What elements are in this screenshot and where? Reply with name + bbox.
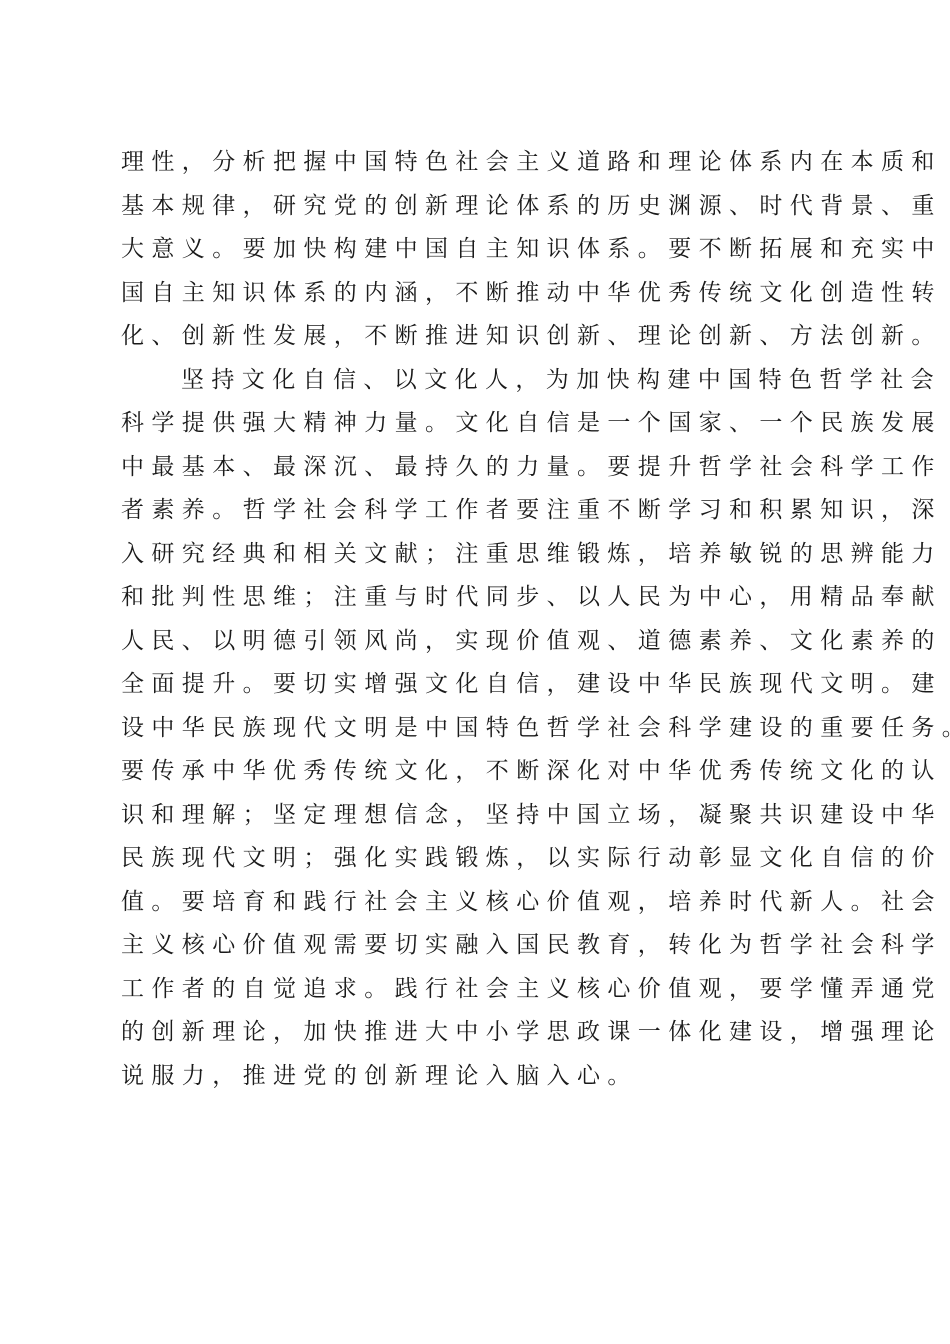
text-line: 大意义。要加快构建中国自主知识体系。要不断拓展和充实中 — [121, 228, 841, 272]
text-line: 中最基本、最深沉、最持久的力量。要提升哲学社会科学工作 — [121, 446, 841, 490]
text-line: 和批判性思维；注重与时代同步、以人民为中心，用精品奉献 — [121, 576, 841, 620]
text-line: 化、创新性发展，不断推进知识创新、理论创新、方法创新。 — [121, 315, 841, 359]
text-line: 人民、以明德引领风尚，实现价值观、道德素养、文化素养的 — [121, 620, 841, 664]
text-line: 民族现代文明；强化实践锻炼，以实际行动彰显文化自信的价 — [121, 837, 841, 881]
text-line: 说服力，推进党的创新理论入脑入心。 — [121, 1055, 841, 1099]
text-line: 者素养。哲学社会科学工作者要注重不断学习和积累知识，深 — [121, 489, 841, 533]
text-line: 工作者的自觉追求。践行社会主义核心价值观，要学懂弄通党 — [121, 968, 841, 1012]
text-line: 入研究经典和相关文献；注重思维锻炼，培养敏锐的思辨能力 — [121, 533, 841, 577]
text-line: 识和理解；坚定理想信念，坚持中国立场，凝聚共识建设中华 — [121, 794, 841, 838]
text-line: 科学提供强大精神力量。文化自信是一个国家、一个民族发展 — [121, 402, 841, 446]
text-line: 要传承中华优秀传统文化，不断深化对中华优秀传统文化的认 — [121, 750, 841, 794]
text-line: 设中华民族现代文明是中国特色哲学社会科学建设的重要任务。 — [121, 707, 841, 751]
text-line: 的创新理论，加快推进大中小学思政课一体化建设，增强理论 — [121, 1011, 841, 1055]
text-line: 基本规律，研究党的创新理论体系的历史渊源、时代背景、重 — [121, 185, 841, 229]
text-line: 值。要培育和践行社会主义核心价值观，培养时代新人。社会 — [121, 881, 841, 925]
body-text: 理性，分析把握中国特色社会主义道路和理论体系内在本质和 基本规律，研究党的创新理… — [121, 141, 841, 1098]
text-line: 理性，分析把握中国特色社会主义道路和理论体系内在本质和 — [121, 141, 841, 185]
text-line: 国自主知识体系的内涵，不断推动中华优秀传统文化创造性转 — [121, 272, 841, 316]
document-page: 理性，分析把握中国特色社会主义道路和理论体系内在本质和 基本规律，研究党的创新理… — [0, 0, 950, 1344]
text-line: 主义核心价值观需要切实融入国民教育，转化为哲学社会科学 — [121, 924, 841, 968]
text-line-indented: 坚持文化自信、以文化人，为加快构建中国特色哲学社会 — [121, 359, 841, 403]
text-line: 全面提升。要切实增强文化自信，建设中华民族现代文明。建 — [121, 663, 841, 707]
